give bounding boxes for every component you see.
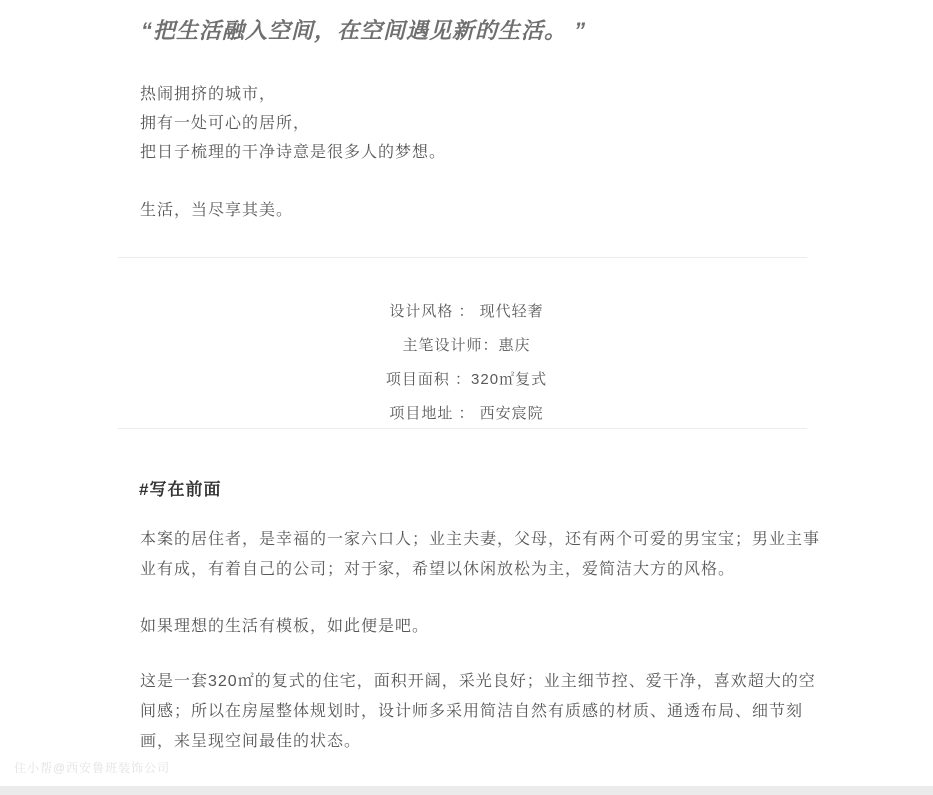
project-info-address: 项目地址 ： 西安宸院 — [0, 397, 933, 431]
body-paragraph-1: 本案的居住者，是幸福的一家六口人；业主夫妻，父母，还有两个可爱的男宝宝；男业主事… — [140, 525, 821, 585]
body-paragraph-3: 这是一套320㎡的复式的住宅，面积开阔，采光良好；业主细节控、爱干净，喜欢超大的… — [140, 667, 821, 757]
intro-line-1: 热闹拥挤的城市， — [140, 80, 446, 109]
watermark-text: 住小帮@西安鲁班装饰公司 — [14, 760, 170, 776]
project-info-area: 项目面积 ：320㎡复式 — [0, 363, 933, 397]
project-info-designer: 主笔设计师：惠庆 — [0, 329, 933, 363]
project-info-style: 设计风格 ： 现代轻奢 — [0, 295, 933, 329]
quote-title: “把生活融入空间，在空间遇见新的生活。 ” — [141, 16, 586, 46]
section-heading: #写在前面 — [139, 478, 221, 502]
bottom-edge-strip — [0, 786, 933, 795]
intro-paragraph: 热闹拥挤的城市， 拥有一处可心的居所， 把日子梳理的干净诗意是很多人的梦想。 — [140, 80, 446, 167]
divider-bottom — [118, 428, 807, 429]
intro-line-2: 拥有一处可心的居所， — [140, 109, 446, 138]
intro-line-3: 把日子梳理的干净诗意是很多人的梦想。 — [140, 138, 446, 167]
intro-tail-line: 生活，当尽享其美。 — [140, 196, 293, 226]
divider-top — [118, 257, 807, 258]
body-paragraph-2: 如果理想的生活有模板，如此便是吧。 — [140, 612, 821, 642]
project-info-block: 设计风格 ： 现代轻奢 主笔设计师：惠庆 项目面积 ：320㎡复式 项目地址 ：… — [0, 295, 933, 431]
